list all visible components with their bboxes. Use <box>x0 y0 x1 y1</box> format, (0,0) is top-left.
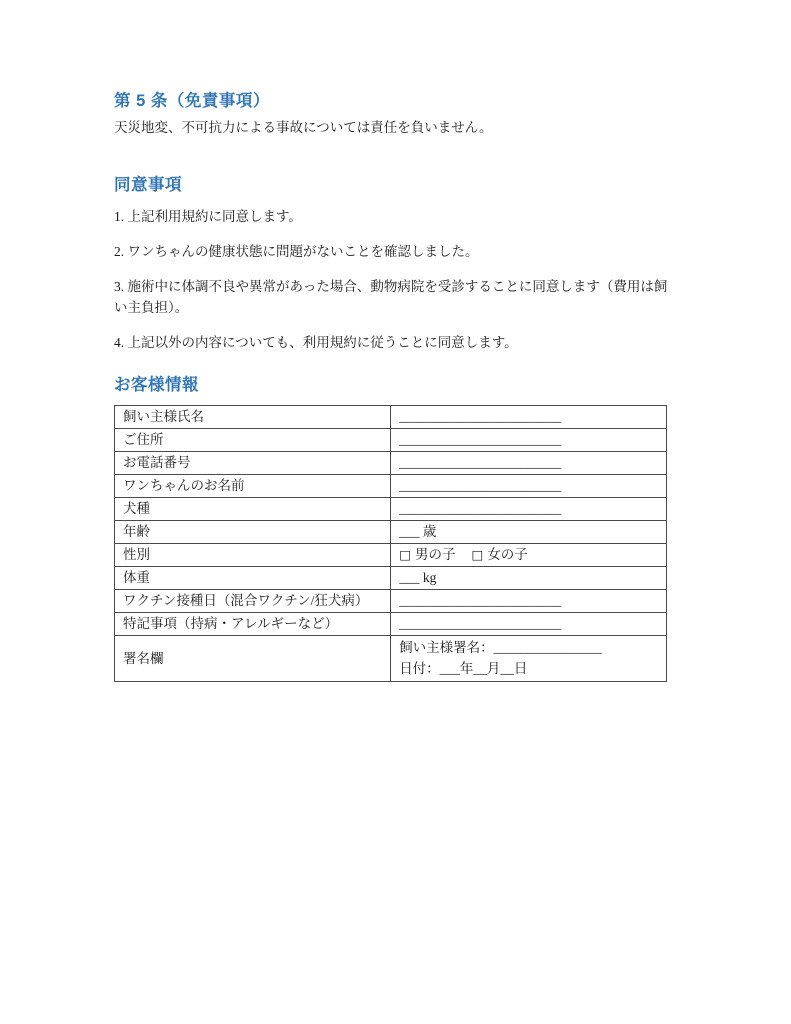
sex-option-female: □女の子 <box>472 547 528 562</box>
agreement-item-4: 4. 上記以外の内容についても、利用規約に従うことに同意します。 <box>114 332 678 353</box>
checkbox-male-icon: □ <box>399 547 411 562</box>
agreement-heading: 同意事項 <box>114 174 678 196</box>
document-page: 第 5 条（免責事項） 天災地変、不可抗力による事故については責任を負いません。… <box>0 0 791 1024</box>
row-label-dog-name: ワンちゃんのお名前 <box>115 475 391 498</box>
table-row-special-notes: 特記事項（持病・アレルギーなど） _______________________… <box>115 613 667 636</box>
row-label-special-notes: 特記事項（持病・アレルギーなど） <box>115 613 391 636</box>
row-value-age: ___ 歳 <box>391 521 667 544</box>
sex-option-male: □男の子 <box>399 547 455 562</box>
agreement-item-1: 1. 上記利用規約に同意します。 <box>114 206 678 227</box>
row-label-address: ご住所 <box>115 429 391 452</box>
row-value-vaccination: ________________________ <box>391 590 667 613</box>
sex-option-male-label: 男の子 <box>415 547 456 562</box>
row-value-special-notes: ________________________ <box>391 613 667 636</box>
row-value-address: ________________________ <box>391 429 667 452</box>
customer-info-heading: お客様情報 <box>114 374 678 396</box>
row-label-weight: 体重 <box>115 567 391 590</box>
row-value-breed: ________________________ <box>391 498 667 521</box>
row-label-signature: 署名欄 <box>115 636 391 682</box>
table-row-sex: 性別 □男の子□女の子 <box>115 544 667 567</box>
row-value-owner-name: ________________________ <box>391 406 667 429</box>
article5-body: 天災地変、不可抗力による事故については責任を負いません。 <box>114 118 678 138</box>
row-value-dog-name: ________________________ <box>391 475 667 498</box>
checkbox-female-icon: □ <box>472 547 484 562</box>
date-line: 日付：___年__月__日 <box>399 658 658 679</box>
article5-heading: 第 5 条（免責事項） <box>114 90 678 112</box>
agreement-list: 1. 上記利用規約に同意します。 2. ワンちゃんの健康状態に問題がないことを確… <box>114 206 678 353</box>
table-row-signature: 署名欄 飼い主様署名：________________ 日付：___年__月__… <box>115 636 667 682</box>
sex-option-female-label: 女の子 <box>487 547 528 562</box>
signature-line: 飼い主様署名：________________ <box>399 637 658 658</box>
row-value-signature: 飼い主様署名：________________ 日付：___年__月__日 <box>391 636 667 682</box>
table-row-dog-name: ワンちゃんのお名前 ________________________ <box>115 475 667 498</box>
table-row-vaccination: ワクチン接種日（混合ワクチン/狂犬病） ____________________… <box>115 590 667 613</box>
table-row-weight: 体重 ___ kg <box>115 567 667 590</box>
row-label-breed: 犬種 <box>115 498 391 521</box>
row-value-weight: ___ kg <box>391 567 667 590</box>
row-label-sex: 性別 <box>115 544 391 567</box>
row-label-phone: お電話番号 <box>115 452 391 475</box>
row-value-phone: ________________________ <box>391 452 667 475</box>
table-row-age: 年齢 ___ 歳 <box>115 521 667 544</box>
row-label-vaccination: ワクチン接種日（混合ワクチン/狂犬病） <box>115 590 391 613</box>
document-content: 第 5 条（免責事項） 天災地変、不可抗力による事故については責任を負いません。… <box>114 90 678 682</box>
table-row-owner-name: 飼い主様氏名 ________________________ <box>115 406 667 429</box>
agreement-item-3: 3. 施術中に体調不良や異常があった場合、動物病院を受診することに同意します（費… <box>114 276 678 318</box>
row-label-age: 年齢 <box>115 521 391 544</box>
table-row-breed: 犬種 ________________________ <box>115 498 667 521</box>
row-label-owner-name: 飼い主様氏名 <box>115 406 391 429</box>
table-row-phone: お電話番号 ________________________ <box>115 452 667 475</box>
customer-info-table: 飼い主様氏名 ________________________ ご住所 ____… <box>114 405 667 682</box>
row-value-sex: □男の子□女の子 <box>391 544 667 567</box>
agreement-item-2: 2. ワンちゃんの健康状態に問題がないことを確認しました。 <box>114 241 678 262</box>
table-row-address: ご住所 ________________________ <box>115 429 667 452</box>
